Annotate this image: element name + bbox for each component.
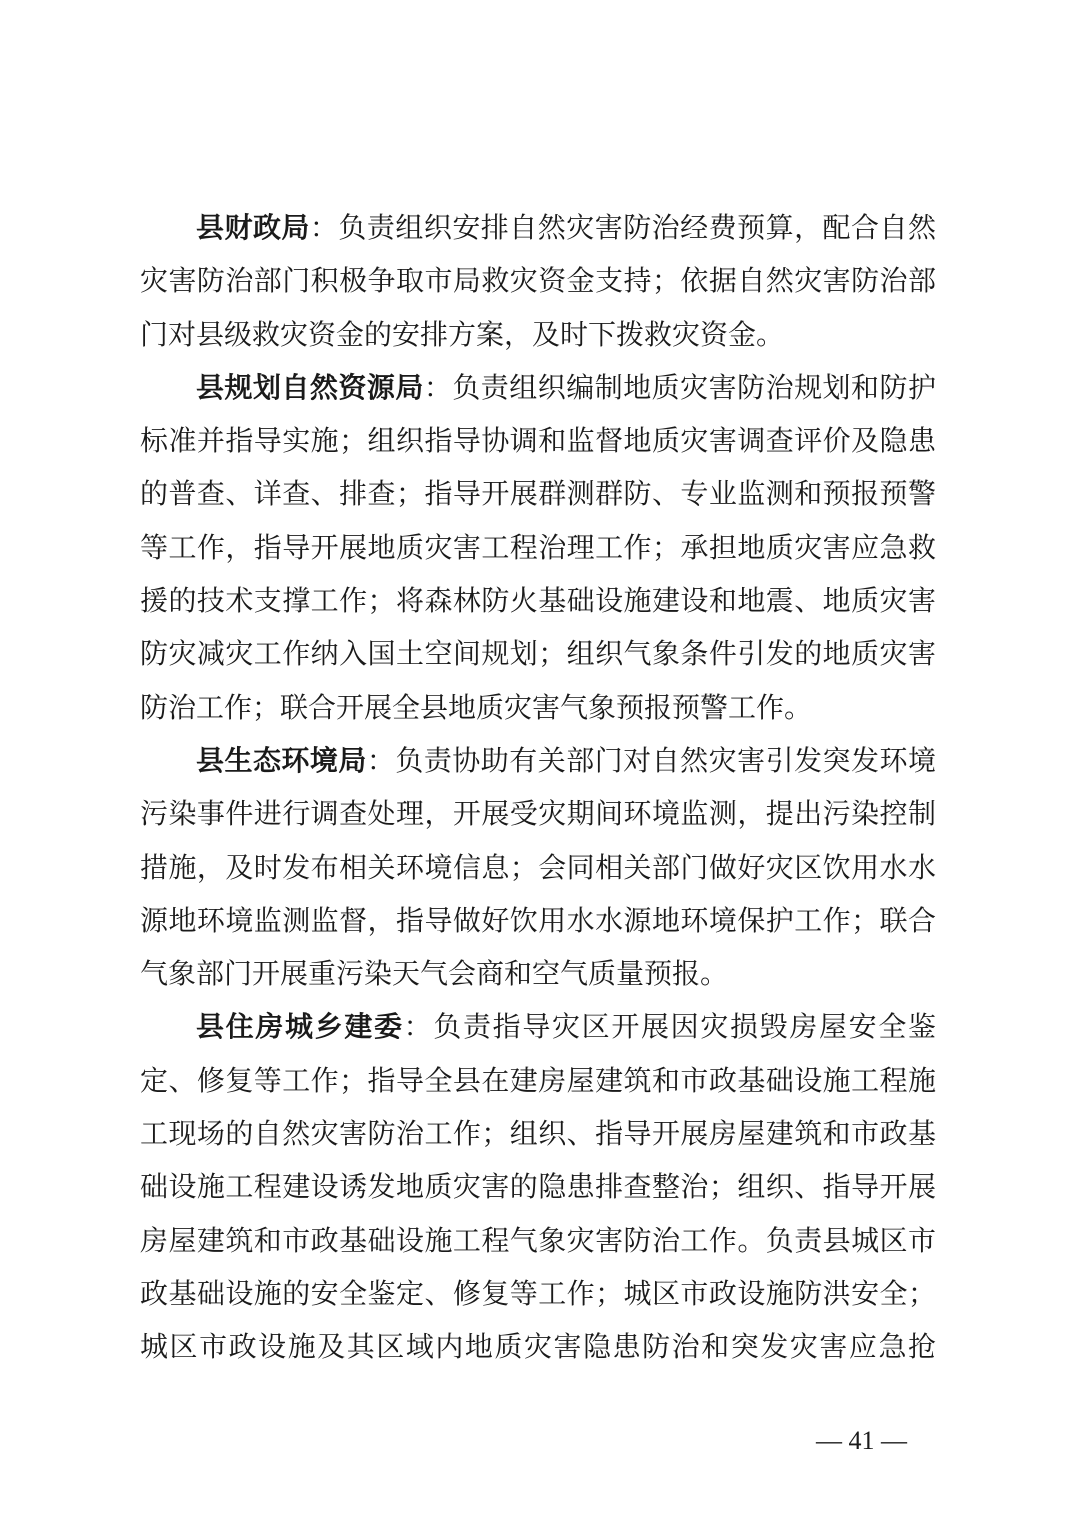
text-line: 工现场的自然灾害防治工作；组织、指导开展房屋建筑和市政基 xyxy=(140,1107,936,1160)
department-name: 县财政局 xyxy=(196,211,310,244)
text-line: 县规划自然资源局：负责组织编制地质灾害防治规划和防护 xyxy=(140,361,936,414)
text-line: 防灾减灾工作纳入国土空间规划；组织气象条件引发的地质灾害 xyxy=(140,627,936,680)
text-line: 门对县级救灾资金的安排方案，及时下拨救灾资金。 xyxy=(140,308,936,361)
text-line: 县住房城乡建委：负责指导灾区开展因灾损毁房屋安全鉴 xyxy=(140,1000,936,1053)
text-line: 气象部门开展重污染天气会商和空气质量预报。 xyxy=(140,947,936,1000)
paragraph-ecology-environment-bureau: 县生态环境局：负责协助有关部门对自然灾害引发突发环境 污染事件进行调查处理，开展… xyxy=(140,734,936,1000)
page-number: — 41 — xyxy=(816,1426,907,1456)
paragraph-finance-bureau: 县财政局：负责组织安排自然灾害防治经费预算，配合自然 灾害防治部门积极争取市局救… xyxy=(140,201,936,361)
department-name: 县规划自然资源局 xyxy=(196,371,424,404)
text-line: 政基础设施的安全鉴定、修复等工作；城区市政设施防洪安全； xyxy=(140,1267,936,1320)
text-line: 城区市政设施及其区域内地质灾害隐患防治和突发灾害应急抢 xyxy=(140,1320,936,1373)
text-line: 房屋建筑和市政基础设施工程气象灾害防治工作。负责县城区市 xyxy=(140,1214,936,1267)
text-line: 源地环境监测监督，指导做好饮用水水源地环境保护工作；联合 xyxy=(140,894,936,947)
text-line: 灾害防治部门积极争取市局救灾资金支持；依据自然灾害防治部 xyxy=(140,254,936,307)
text-line: 援的技术支撑工作；将森林防火基础设施建设和地震、地质灾害 xyxy=(140,574,936,627)
text-line: 县财政局：负责组织安排自然灾害防治经费预算，配合自然 xyxy=(140,201,936,254)
paragraph-housing-urban-rural-commission: 县住房城乡建委：负责指导灾区开展因灾损毁房屋安全鉴 定、修复等工作；指导全县在建… xyxy=(140,1000,936,1373)
text-line: 标准并指导实施；组织指导协调和监督地质灾害调查评价及隐患 xyxy=(140,414,936,467)
text-line: 县生态环境局：负责协助有关部门对自然灾害引发突发环境 xyxy=(140,734,936,787)
department-name: 县住房城乡建委 xyxy=(196,1010,404,1043)
text-line: 础设施工程建设诱发地质灾害的隐患排查整治；组织、指导开展 xyxy=(140,1160,936,1213)
text-line: 等工作，指导开展地质灾害工程治理工作；承担地质灾害应急救 xyxy=(140,521,936,574)
text-line: 污染事件进行调查处理，开展受灾期间环境监测，提出污染控制 xyxy=(140,787,936,840)
body-text: 县财政局：负责组织安排自然灾害防治经费预算，配合自然 灾害防治部门积极争取市局救… xyxy=(140,201,936,1374)
paragraph-planning-natural-resources-bureau: 县规划自然资源局：负责组织编制地质灾害防治规划和防护 标准并指导实施；组织指导协… xyxy=(140,361,936,734)
department-name: 县生态环境局 xyxy=(196,744,367,777)
text-line: 防治工作；联合开展全县地质灾害气象预报预警工作。 xyxy=(140,681,936,734)
text-line: 的普查、详查、排查；指导开展群测群防、专业监测和预报预警 xyxy=(140,467,936,520)
text-line: 措施，及时发布相关环境信息；会同相关部门做好灾区饮用水水 xyxy=(140,841,936,894)
document-page: 县财政局：负责组织安排自然灾害防治经费预算，配合自然 灾害防治部门积极争取市局救… xyxy=(0,0,1074,1520)
text-line: 定、修复等工作；指导全县在建房屋建筑和市政基础设施工程施 xyxy=(140,1054,936,1107)
